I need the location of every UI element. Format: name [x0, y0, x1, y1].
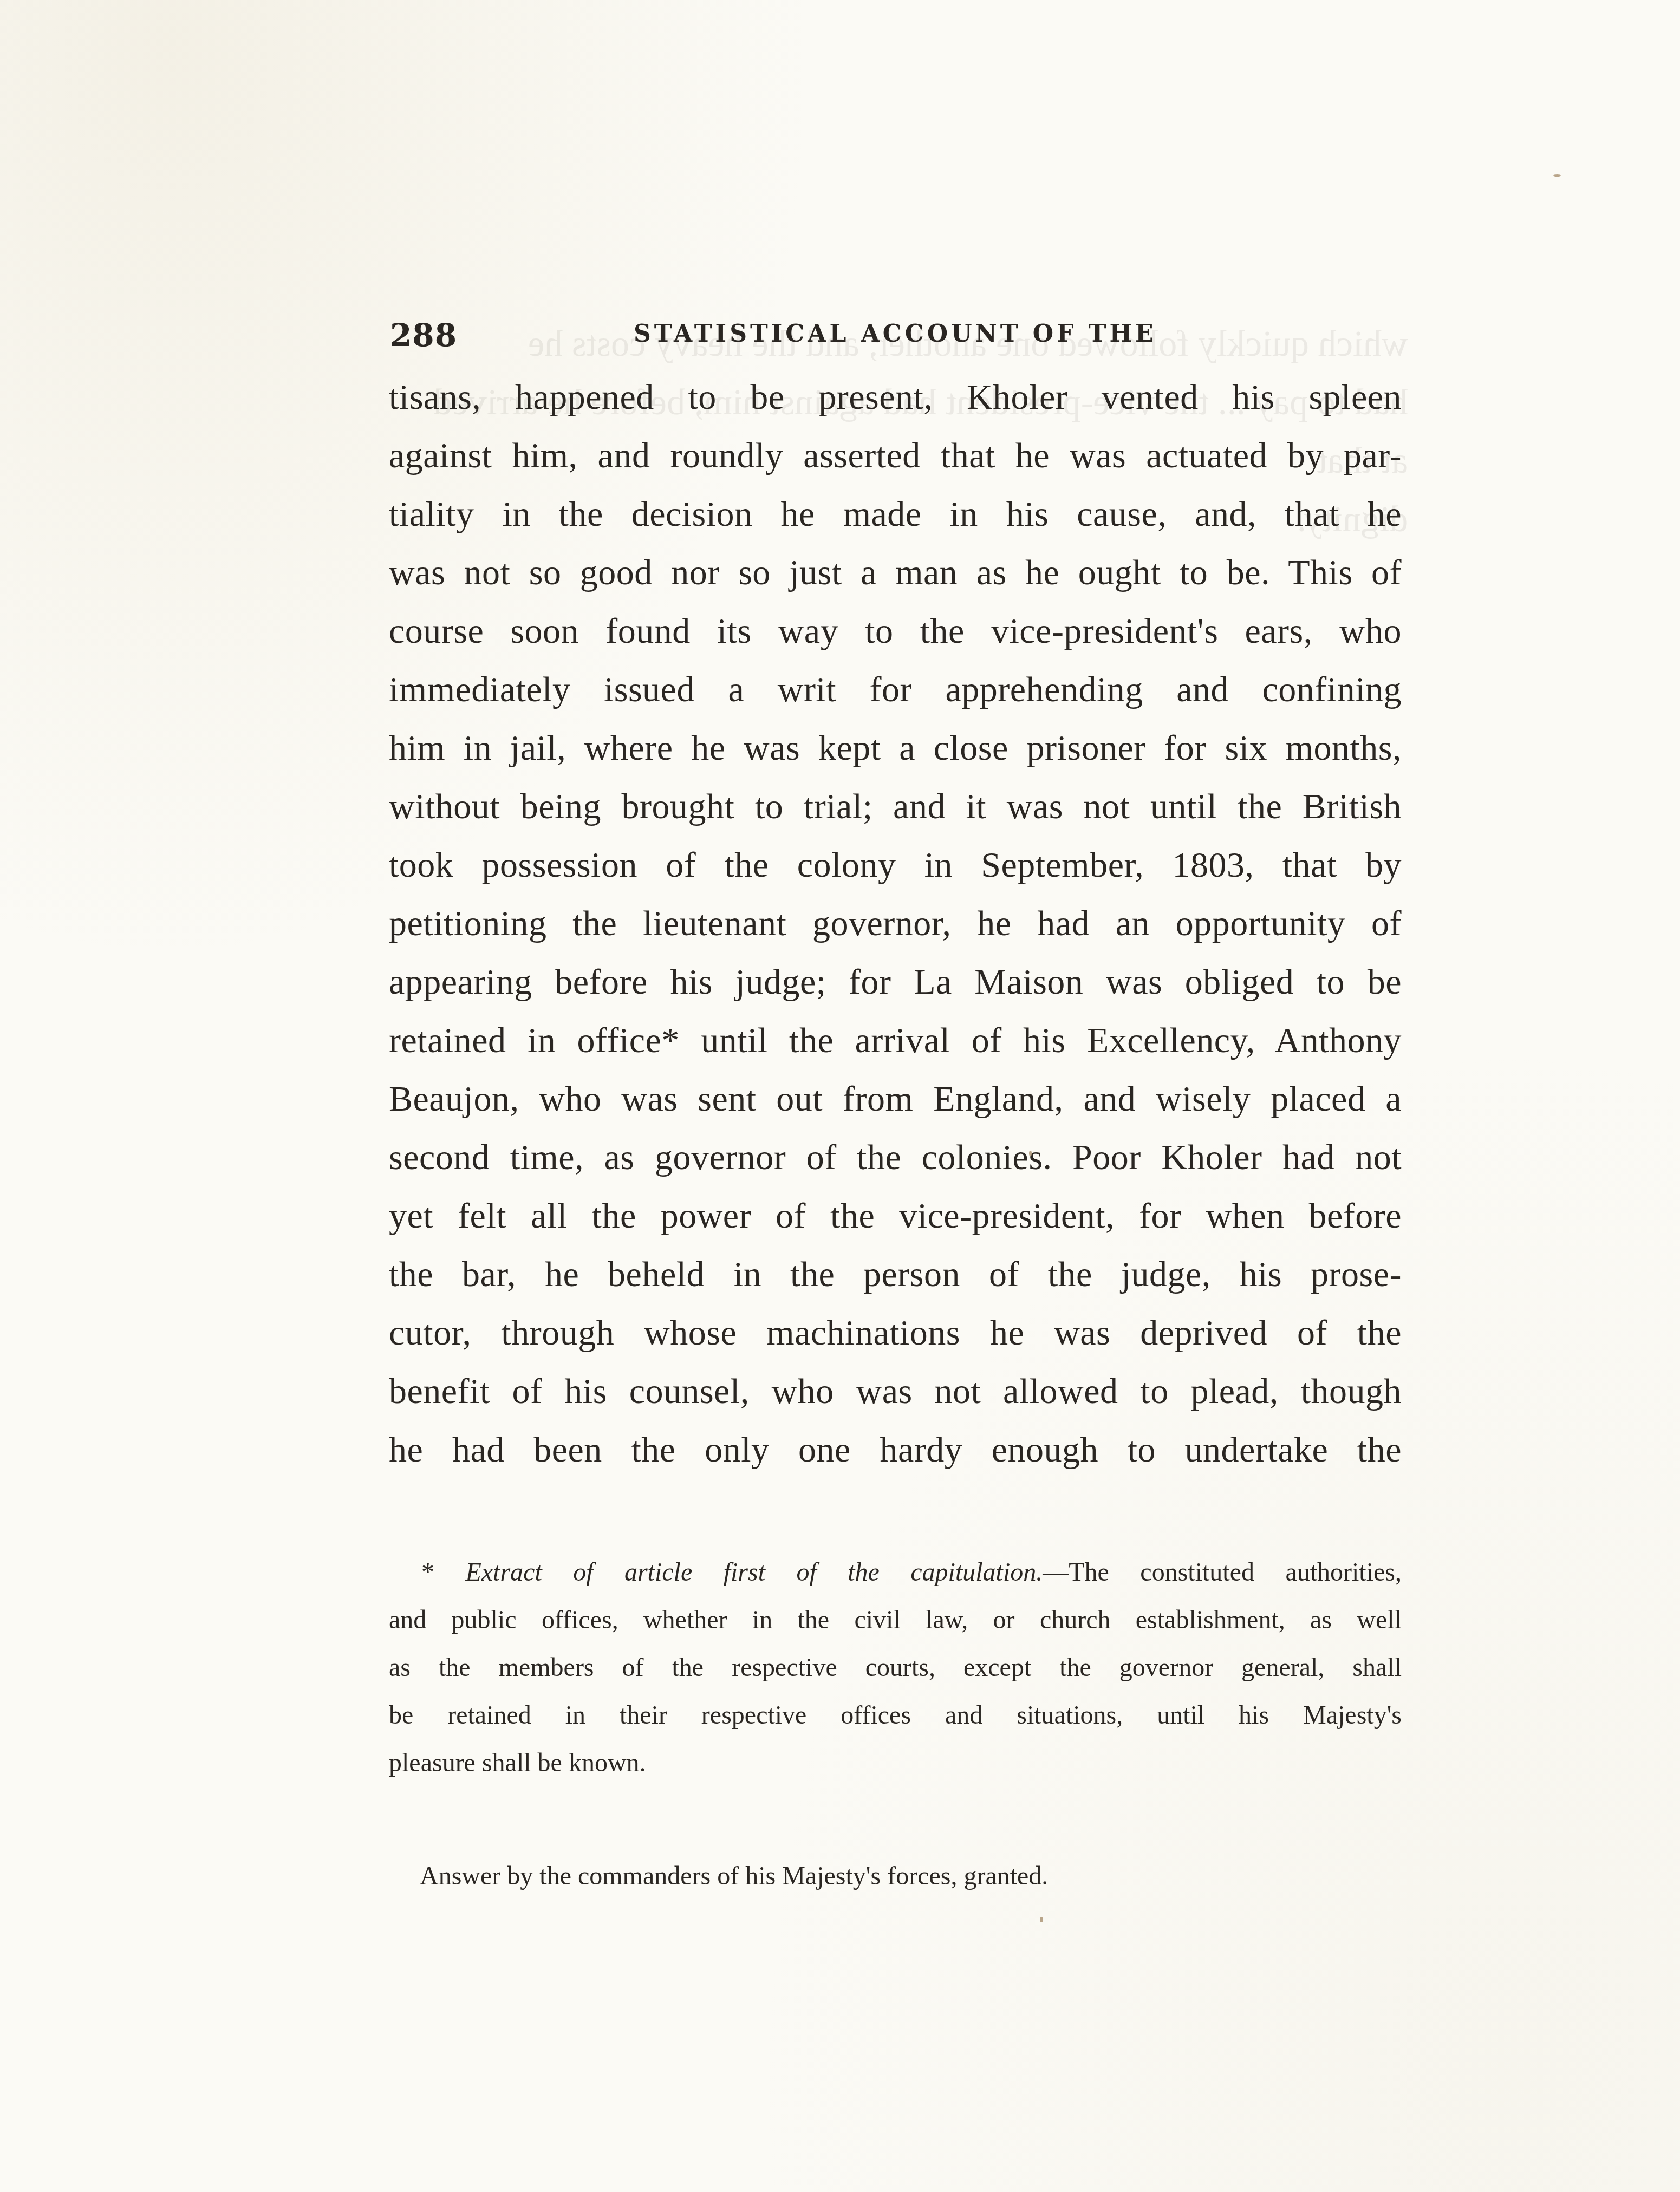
page-number: 288: [390, 317, 457, 354]
text-line: petitioning the lieutenant governor, he …: [389, 895, 1402, 953]
footnote-line: be retained in their respective offices …: [389, 1692, 1402, 1739]
text-line: retained in office* until the arrival of…: [389, 1012, 1402, 1070]
text-line: immediately issued a writ for apprehendi…: [389, 661, 1402, 719]
paper-speck: [1029, 1151, 1032, 1156]
footnote: * Extract of article first of the capitu…: [389, 1549, 1402, 1787]
text-line: Beaujon, who was sent out from England, …: [389, 1070, 1402, 1128]
footnote-answer: Answer by the commanders of his Majesty'…: [420, 1860, 1048, 1893]
text-line: course soon found its way to the vice-pr…: [389, 602, 1402, 661]
footnote-line: and public offices, whether in the civil…: [389, 1596, 1402, 1644]
text-line: was not so good nor so just a man as he …: [389, 544, 1402, 602]
text-line: appearing before his judge; for La Maiso…: [389, 953, 1402, 1012]
text-line: without being brought to trial; and it w…: [389, 778, 1402, 836]
text-line: him in jail, where he was kept a close p…: [389, 719, 1402, 778]
text-line: benefit of his counsel, who was not allo…: [389, 1362, 1402, 1421]
text-line: tisans, happened to be present, Kholer v…: [389, 368, 1402, 427]
running-title: STATISTICAL ACCOUNT OF THE: [634, 320, 1157, 348]
footnote-line: * Extract of article first of the capitu…: [389, 1549, 1402, 1596]
footnote-line: pleasure shall be known.: [389, 1739, 1402, 1787]
paper-speck: [1553, 174, 1561, 177]
footnote-line: as the members of the respective courts,…: [389, 1644, 1402, 1692]
body-text: tisans, happened to be present, Kholer v…: [389, 368, 1402, 1479]
footnote-first-line-rest: —The constituted authorities,: [1043, 1558, 1402, 1587]
running-head: 288 STATISTICAL ACCOUNT OF THE: [390, 317, 1419, 355]
text-line: took possession of the colony in Septemb…: [389, 836, 1402, 895]
text-line: he had been the only one hardy enough to…: [389, 1421, 1402, 1479]
footnote-marker: *: [421, 1558, 434, 1587]
footnote-italic-lead: Extract of article first of the capitula…: [465, 1558, 1043, 1587]
paper-speck: [1040, 1917, 1043, 1922]
text-line: against him, and roundly asserted that h…: [389, 427, 1402, 485]
text-line: second time, as governor of the colonies…: [389, 1128, 1402, 1187]
text-line: the bar, he beheld in the person of the …: [389, 1245, 1402, 1304]
text-line: tiality in the decision he made in his c…: [389, 485, 1402, 544]
text-line: cutor, through whose machinations he was…: [389, 1304, 1402, 1362]
text-line: yet felt all the power of the vice-presi…: [389, 1187, 1402, 1245]
